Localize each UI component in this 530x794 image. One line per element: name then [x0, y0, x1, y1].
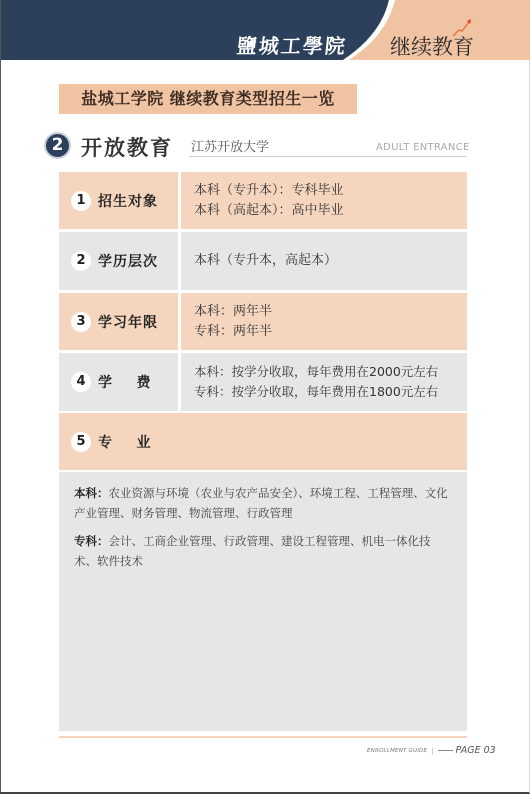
bottom-divider — [59, 736, 467, 738]
row-value-line: 本科：按学分收取，每年费用在2000元左右 — [194, 362, 467, 382]
table-row: 5 专 业 — [59, 413, 467, 470]
banner-title: 盐城工学院 继续教育类型招生一览 — [59, 84, 357, 114]
row-label: 学 费 — [98, 372, 152, 392]
category-divider — [189, 156, 466, 157]
row-value-line: 本科（高起本）：高中毕业 — [194, 201, 467, 221]
undergrad-majors-text: 农业资源与环境（农业与农产品安全）、环境工程、工程管理、文化产业管理、财务管理、… — [74, 486, 448, 520]
table-row: 1 招生对象 本科（专升本）：专科毕业 本科（高起本）：高中毕业 — [59, 172, 467, 229]
majors-panel: 本科：农业资源与环境（农业与农产品安全）、环境工程、工程管理、文化产业管理、财务… — [59, 472, 467, 731]
row-number-badge: 1 — [71, 191, 91, 211]
row-label-cell: 1 招生对象 — [59, 172, 178, 229]
row-label-cell: 2 学历层次 — [59, 232, 178, 290]
category-english-label: ADULT ENTRANCE — [376, 142, 470, 153]
page-footer: ENROLLMENT GUIDE | PAGE 03 — [367, 745, 496, 756]
row-label-cell: 3 学习年限 — [59, 293, 178, 350]
row-value-cell: 本科：按学分收取，每年费用在2000元左右 专科：按学分收取，每年费用在1800… — [181, 353, 467, 411]
undergrad-label: 本科： — [74, 486, 109, 500]
row-label-cell: 4 学 费 — [59, 353, 178, 411]
page-header: 鹽城工學院 继续教育 — [1, 0, 530, 60]
college-majors: 专科：会计、工商企业管理、行政管理、建设工程管理、机电一体化技术、软件技术 — [74, 531, 453, 571]
row-number-badge: 5 — [71, 432, 91, 452]
category-number-badge: 2 — [44, 132, 71, 159]
row-label: 招生对象 — [98, 191, 158, 211]
footer-dash — [438, 750, 453, 751]
school-name-logo: 鹽城工學院 — [235, 30, 348, 59]
row-label: 学历层次 — [98, 251, 158, 271]
category-subtitle: 江苏开放大学 — [191, 136, 269, 155]
brochure-page: 鹽城工學院 继续教育 盐城工学院 继续教育类型招生一览 2 开放教育 江苏开放大… — [0, 0, 530, 794]
row-number-badge: 2 — [71, 251, 91, 271]
row-value-cell: 本科：两年半 专科：两年半 — [181, 293, 467, 350]
row-value-line: 专科：按学分收取，每年费用在1800元左右 — [194, 382, 467, 402]
college-label: 专科： — [74, 534, 109, 548]
row-value-line: 本科（专升本，高起本） — [194, 251, 467, 271]
row-value-cell: 本科（专升本，高起本） — [181, 232, 467, 290]
row-value-line: 本科（专升本）：专科毕业 — [194, 181, 467, 201]
page-banner: 盐城工学院 继续教育类型招生一览 — [59, 84, 357, 114]
footer-separator: | — [431, 747, 433, 755]
row-value-cell: 本科（专升本）：专科毕业 本科（高起本）：高中毕业 — [181, 172, 467, 229]
row-number-badge: 3 — [71, 312, 91, 332]
row-label-cell: 5 专 业 — [59, 413, 178, 470]
row-label: 专 业 — [98, 432, 152, 452]
category-title: 开放教育 — [81, 132, 173, 162]
row-label: 学习年限 — [98, 312, 158, 332]
undergrad-majors: 本科：农业资源与环境（农业与农产品安全）、环境工程、工程管理、文化产业管理、财务… — [74, 483, 453, 523]
row-value-line: 专科：两年半 — [194, 322, 467, 342]
college-majors-text: 会计、工商企业管理、行政管理、建设工程管理、机电一体化技术、软件技术 — [74, 534, 431, 568]
row-number-badge: 4 — [71, 372, 91, 392]
row-value-line: 本科：两年半 — [194, 302, 467, 322]
growth-arrow-icon — [451, 18, 473, 38]
footer-guide-label: ENROLLMENT GUIDE — [367, 748, 427, 754]
table-row: 3 学习年限 本科：两年半 专科：两年半 — [59, 293, 467, 350]
table-row: 4 学 费 本科：按学分收取，每年费用在2000元左右 专科：按学分收取，每年费… — [59, 353, 467, 411]
table-row: 2 学历层次 本科（专升本，高起本） — [59, 232, 467, 290]
page-number: PAGE 03 — [456, 745, 496, 756]
